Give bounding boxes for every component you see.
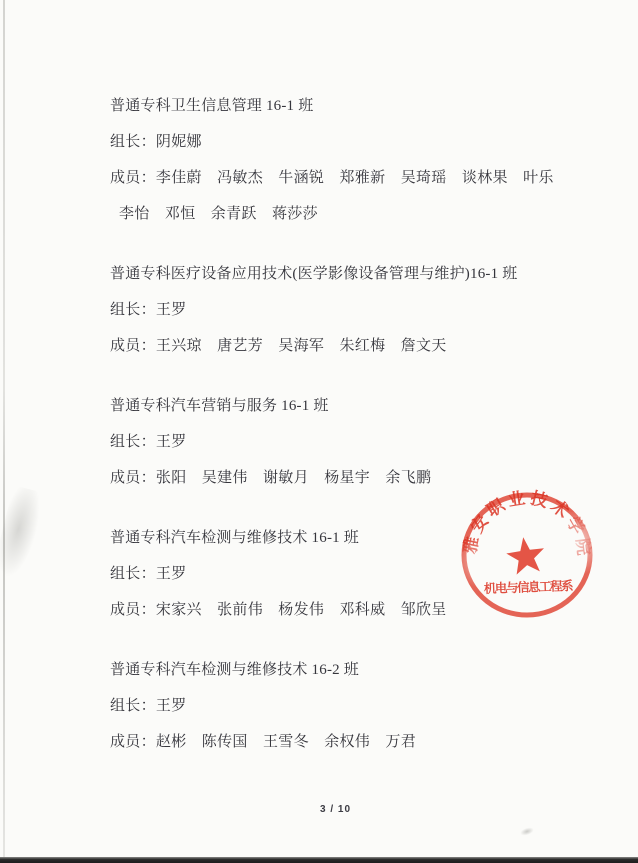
star-icon: [504, 535, 547, 576]
members-line: 成员：赵彬 陈传国 王雪冬 余权伟 万君: [110, 724, 610, 760]
leader-label: 组长：: [110, 134, 156, 150]
members-line: 成员：李佳蔚 冯敏杰 牛涵锐 郑雅新 吴琦瑶 谈林果 叶乐: [110, 160, 610, 196]
class-title: 普通专科卫生信息管理 16-1 班: [110, 88, 610, 124]
class-title: 普通专科医疗设备应用技术(医学影像设备管理与维护)16-1 班: [110, 256, 610, 292]
class-title: 普通专科汽车营销与服务 16-1 班: [110, 388, 610, 424]
members-label: 成员：: [110, 734, 156, 750]
leader-name: 阴妮娜: [156, 134, 202, 150]
leader-line: 组长：王罗: [110, 424, 610, 460]
class-group-section: 普通专科卫生信息管理 16-1 班 组长：阴妮娜 成员：李佳蔚 冯敏杰 牛涵锐 …: [110, 88, 610, 232]
class-group-section: 普通专科汽车检测与维修技术 16-2 班 组长：王罗 成员：赵彬 陈传国 王雪冬…: [110, 652, 610, 760]
members-names: 赵彬 陈传国 王雪冬 余权伟 万君: [156, 734, 416, 750]
leader-line: 组长：王罗: [110, 292, 610, 328]
members-label: 成员：: [110, 170, 156, 186]
members-label: 成员：: [110, 338, 156, 354]
members-names: 李怡 邓恒 余青跃 蒋莎莎: [119, 206, 318, 222]
leader-name: 王罗: [156, 698, 187, 714]
members-names: 张阳 吴建伟 谢敏月 杨星宇 余飞鹏: [156, 470, 431, 486]
members-names: 王兴琼 唐艺芳 吴海军 朱红梅 詹文天: [156, 338, 447, 354]
members-names: 李佳蔚 冯敏杰 牛涵锐 郑雅新 吴琦瑶 谈林果 叶乐: [156, 170, 554, 186]
class-group-section: 普通专科汽车营销与服务 16-1 班 组长：王罗 成员：张阳 吴建伟 谢敏月 杨…: [110, 388, 610, 496]
leader-name: 王罗: [156, 434, 187, 450]
seal-fade-artifact: [548, 512, 604, 574]
members-line-continued: 李怡 邓恒 余青跃 蒋莎莎: [110, 196, 610, 232]
scan-smudge: [0, 485, 47, 582]
leader-label: 组长：: [110, 434, 156, 450]
scan-smudge: [519, 826, 534, 837]
page-number: 3 / 10: [320, 804, 351, 815]
leader-name: 王罗: [156, 302, 187, 318]
scanned-document-page: 普通专科卫生信息管理 16-1 班 组长：阴妮娜 成员：李佳蔚 冯敏杰 牛涵锐 …: [0, 0, 638, 863]
members-line: 成员：王兴琼 唐艺芳 吴海军 朱红梅 詹文天: [110, 328, 610, 364]
members-label: 成员：: [110, 602, 156, 618]
document-content: 普通专科卫生信息管理 16-1 班 组长：阴妮娜 成员：李佳蔚 冯敏杰 牛涵锐 …: [110, 88, 610, 784]
class-title: 普通专科汽车检测与维修技术 16-2 班: [110, 652, 610, 688]
class-group-section: 普通专科医疗设备应用技术(医学影像设备管理与维护)16-1 班 组长：王罗 成员…: [110, 256, 610, 364]
paper-edge: [3, 0, 5, 863]
members-label: 成员：: [110, 470, 156, 486]
seal-fade-artifact: [458, 538, 500, 586]
leader-line: 组长：阴妮娜: [110, 124, 610, 160]
leader-line: 组长：王罗: [110, 688, 610, 724]
members-names: 宋家兴 张前伟 杨发伟 邓科威 邹欣呈: [156, 602, 447, 618]
leader-label: 组长：: [110, 566, 156, 582]
leader-label: 组长：: [110, 302, 156, 318]
leader-label: 组长：: [110, 698, 156, 714]
leader-name: 王罗: [156, 566, 187, 582]
scanner-edge-band: [0, 857, 638, 863]
